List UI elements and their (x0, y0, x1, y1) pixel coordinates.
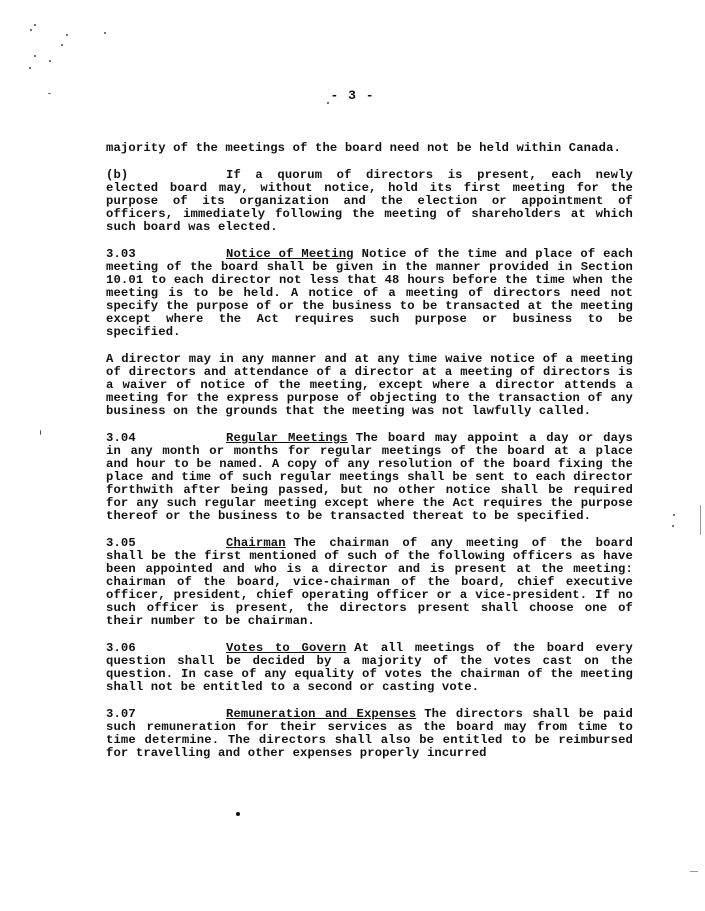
scan-speck (49, 60, 51, 62)
section-heading: Votes to Govern (226, 641, 346, 655)
scan-speck (34, 24, 36, 26)
scan-mark (700, 505, 701, 535)
scan-speck (104, 32, 106, 34)
section-heading: Regular Meetings (226, 431, 348, 445)
scan-speck (66, 34, 68, 36)
page-number: - 3 - (0, 88, 705, 103)
section-text: Notice of the time and place of each mee… (106, 247, 633, 339)
scan-speck (30, 29, 32, 31)
paragraph-continued: majority of the meetings of the board ne… (106, 142, 633, 155)
scan-speck (40, 430, 41, 435)
scan-speck (48, 93, 51, 94)
scan-speck (673, 514, 675, 516)
scan-speck (236, 812, 240, 816)
section-text: The chairman of any meeting of the board… (106, 536, 633, 628)
paragraph-text: majority of the meetings of the board ne… (106, 141, 621, 155)
section-heading: Notice of Meeting (226, 247, 354, 261)
scan-speck (672, 525, 674, 527)
scan-speck (34, 55, 36, 57)
scan-speck (29, 67, 31, 69)
paragraph-b: (b)If a quorum of directors is present, … (106, 169, 633, 234)
section-3-03: 3.03Notice of MeetingNotice of the time … (106, 248, 633, 339)
section-3-07: 3.07Remuneration and ExpensesThe directo… (106, 708, 633, 760)
scan-mark (690, 871, 698, 872)
section-heading: Remuneration and Expenses (226, 707, 416, 721)
scan-speck (61, 44, 63, 46)
document-body: majority of the meetings of the board ne… (106, 142, 633, 773)
scan-speck (327, 102, 329, 104)
section-text: The board may appoint a day or days in a… (106, 431, 633, 523)
section-3-06: 3.06Votes to GovernAt all meetings of th… (106, 642, 633, 694)
paragraph-text: A director may in any manner and at any … (106, 352, 633, 418)
section-3-05: 3.05ChairmanThe chairman of any meeting … (106, 537, 633, 628)
paragraph-waiver: A director may in any manner and at any … (106, 353, 633, 418)
section-3-04: 3.04Regular MeetingsThe board may appoin… (106, 432, 633, 523)
section-heading: Chairman (226, 536, 286, 550)
